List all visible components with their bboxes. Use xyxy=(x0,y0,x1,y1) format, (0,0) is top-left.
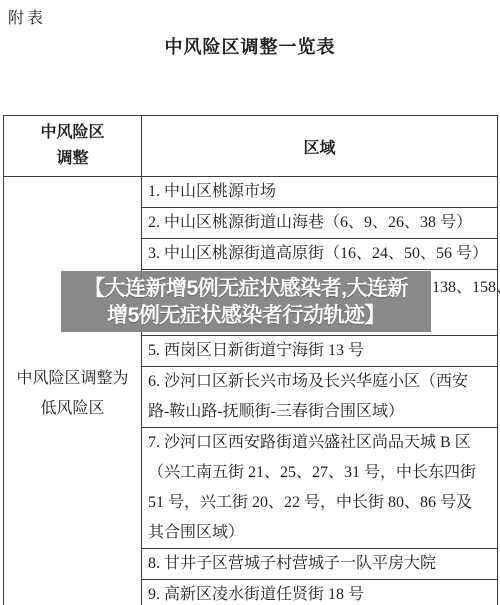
table-header-row: 中风险区 调整 区域 xyxy=(4,116,498,177)
region-text: 8. 甘井子区营城子村营城子一队平房大院 xyxy=(148,549,493,579)
adjustment-text-line1: 中风险区调整为 xyxy=(4,364,141,394)
region-cell-6: 6. 沙河口区新长兴市场及长兴华庭小区（西安 路-鞍山路-抚顺街-三春街合围区域… xyxy=(142,367,498,428)
region-cell-3: 3. 中山区桃源街道高原街（16、24、50、56 号） xyxy=(142,239,498,270)
region-text: 2. 中山区桃源街道山海巷（6、9、26、38 号） xyxy=(148,208,493,238)
region-cell-2: 2. 中山区桃源街道山海巷（6、9、26、38 号） xyxy=(142,208,498,239)
region-text: 6. 沙河口区新长兴市场及长兴华庭小区（西安 xyxy=(148,367,493,397)
table-row: 中风险区调整为 低风险区 1. 中山区桃源市场 xyxy=(4,177,498,208)
region-text: 9. 高新区凌水街道任贤街 18 号 xyxy=(148,580,493,605)
region-cell-5: 5. 西岗区日新街道宁海街 13 号 xyxy=(142,336,498,367)
region-text: 7. 沙河口区西安路街道兴盛社区尚品天城 B 区 xyxy=(148,428,493,458)
appendix-label: 附表 xyxy=(8,5,46,28)
region-text: （兴工南五街 21、25、27、31 号，中长东四街 xyxy=(148,458,493,488)
region-text: 3. 中山区桃源街道高原街（16、24、50、56 号） xyxy=(148,239,493,269)
header-region-column: 区域 xyxy=(142,116,498,177)
region-text: 5. 西岗区日新街道宁海街 13 号 xyxy=(148,336,493,366)
page-title: 中风险区调整一览表 xyxy=(0,33,500,59)
adjustment-merged-cell: 中风险区调整为 低风险区 xyxy=(4,177,142,605)
region-cell-1: 1. 中山区桃源市场 xyxy=(142,177,498,208)
risk-area-table: 中风险区 调整 区域 中风险区调整为 低风险区 1. 中山区桃源市场 2. 中山… xyxy=(3,115,498,605)
news-caption-overlay: 【大连新增5例无症状感染者,大连新 增5例无症状感染者行动轨迹】 xyxy=(61,271,431,332)
region-cell-9: 9. 高新区凌水街道任贤街 18 号 xyxy=(142,580,498,605)
caption-line2: 增5例无症状感染者行动轨迹】 xyxy=(61,302,431,329)
region-cell-8: 8. 甘井子区营城子村营城子一队平房大院 xyxy=(142,549,498,580)
region-text: 路-鞍山路-抚顺街-三春街合围区域） xyxy=(148,397,493,427)
caption-line1: 【大连新增5例无症状感染者,大连新 xyxy=(61,275,431,302)
document-page: 附表 中风险区调整一览表 中风险区 调整 区域 中风险区调整为 低风险区 1. xyxy=(0,0,500,605)
region-text: 1. 中山区桃源市场 xyxy=(148,177,493,207)
region-text: 其合围区域） xyxy=(148,518,493,548)
header-adjustment-column: 中风险区 调整 xyxy=(4,116,142,177)
region-text-visible-fragment: 138、158、 xyxy=(432,273,500,303)
adjustment-text-line2: 低风险区 xyxy=(4,394,141,424)
region-text: 51 号，兴工街 20、22 号，中长街 80、86 号及 xyxy=(148,488,493,518)
header-adjustment-line1: 中风险区 xyxy=(4,120,141,146)
region-cell-7: 7. 沙河口区西安路街道兴盛社区尚品天城 B 区 （兴工南五街 21、25、27… xyxy=(142,428,498,549)
header-adjustment-line2: 调整 xyxy=(4,146,141,172)
